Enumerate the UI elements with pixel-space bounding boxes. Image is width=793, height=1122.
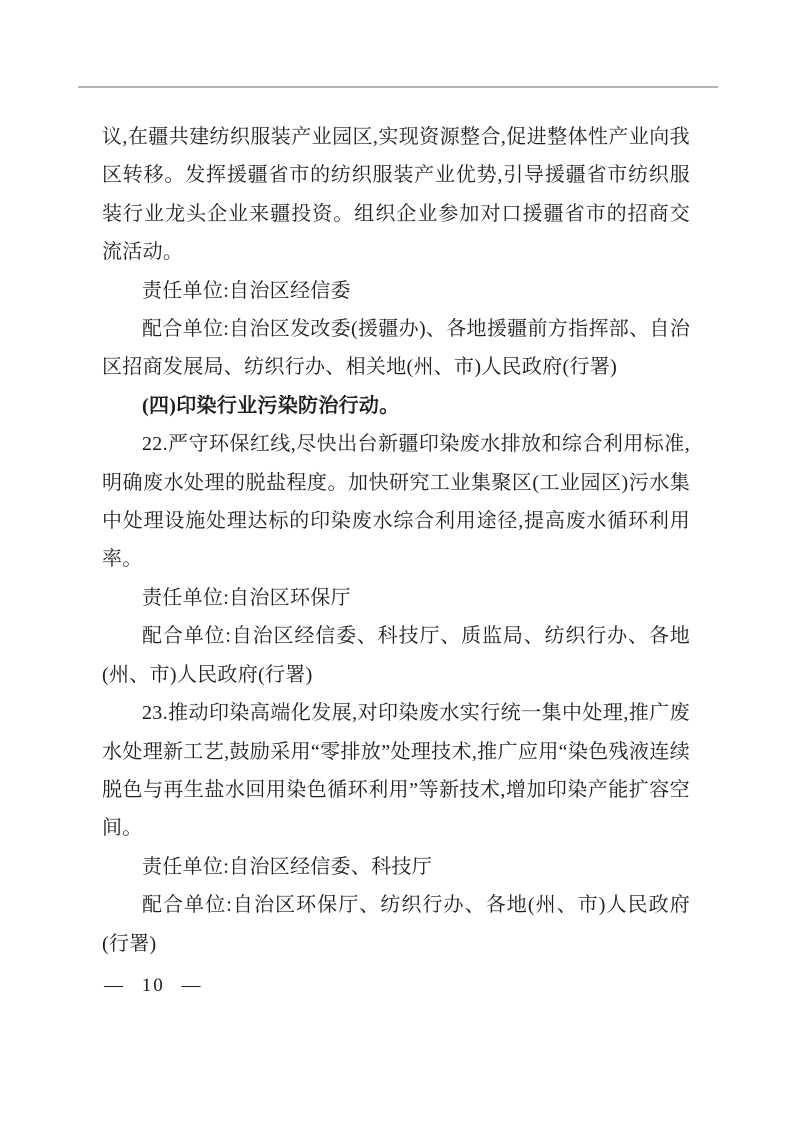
cooperating-unit-line: 配合单位:自治区环保厅、纺织行办、各地(州、市)人民政府(行署) [102, 886, 690, 963]
paragraph-item-22: 22.严守环保红线,尽快出台新疆印染废水排放和综合利用标准,明确废水处理的脱盐程… [102, 425, 690, 579]
responsible-unit-line: 责任单位:自治区经信委、科技厅 [102, 848, 690, 886]
responsible-unit-line: 责任单位:自治区环保厅 [102, 579, 690, 617]
paragraph-item-23: 23.推动印染高端化发展,对印染废水实行统一集中处理,推广废水处理新工艺,鼓励采… [102, 694, 690, 848]
document-body: 议,在疆共建纺织服装产业园区,实现资源整合,促进整体性产业向我区转移。发挥援疆省… [102, 118, 690, 963]
cooperating-unit-line: 配合单位:自治区发改委(援疆办)、各地援疆前方指挥部、自治区招商发展局、纺织行办… [102, 310, 690, 387]
cooperating-unit-line: 配合单位:自治区经信委、科技厅、质监局、纺织行办、各地(州、市)人民政府(行署) [102, 617, 690, 694]
section-heading: (四)印染行业污染防治行动。 [102, 387, 690, 425]
page-number: — 10 — [104, 974, 203, 998]
document-page: 议,在疆共建纺织服装产业园区,实现资源整合,促进整体性产业向我区转移。发挥援疆省… [0, 0, 793, 1122]
paragraph-body-continuation: 议,在疆共建纺织服装产业园区,实现资源整合,促进整体性产业向我区转移。发挥援疆省… [102, 118, 690, 272]
responsible-unit-line: 责任单位:自治区经信委 [102, 272, 690, 310]
header-divider [78, 86, 718, 88]
